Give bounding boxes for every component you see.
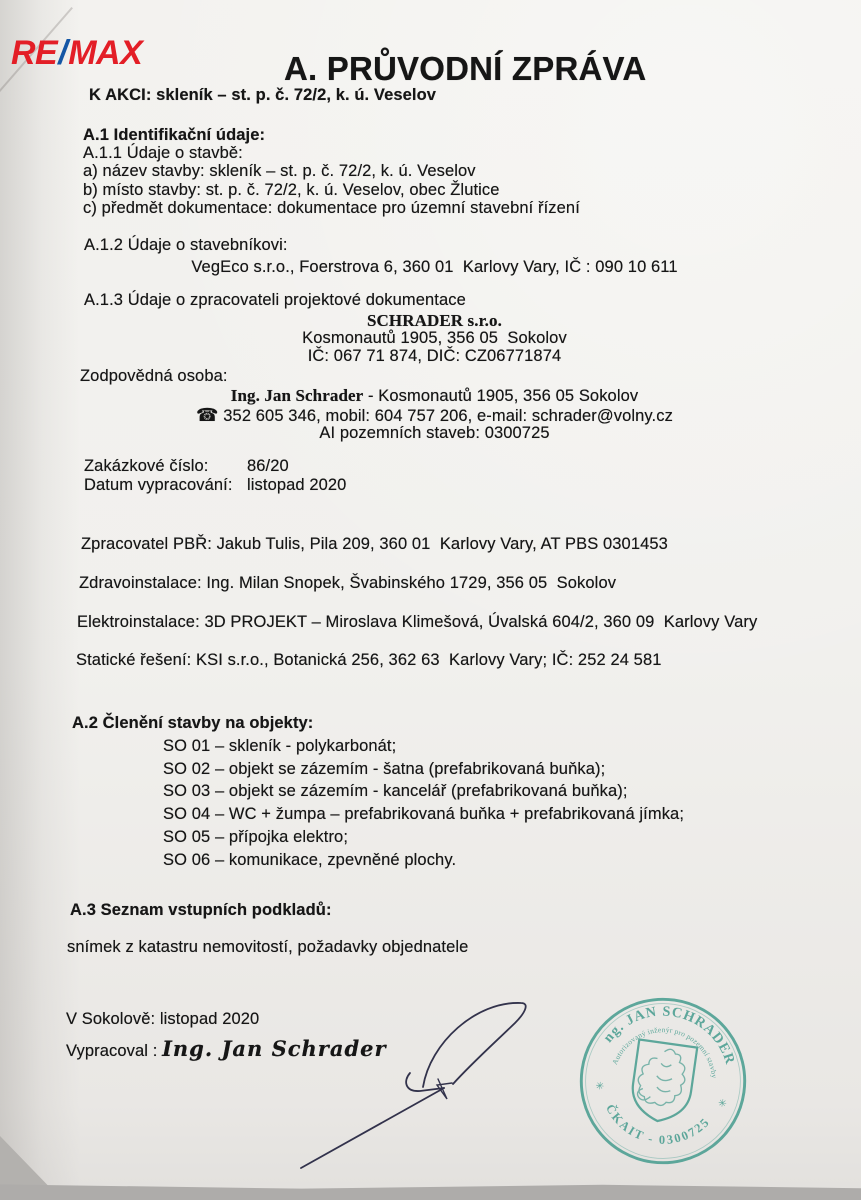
stamp-asterisk-left: ✳ [595, 1081, 605, 1093]
a1-sub-designer: A.1.3 Údaje o zpracovateli projektové do… [84, 291, 466, 310]
a2-object-so04: SO 04 – WC + žumpa – prefabrikovaná buňk… [163, 803, 684, 826]
signature [278, 985, 548, 1185]
company-address: Kosmonautů 1905, 356 05 Sokolov [0, 329, 861, 348]
remax-logo: RE/MAX [11, 36, 142, 70]
responsible-label: Zodpovědná osoba: [80, 367, 228, 386]
a1-item-subject: c) předmět dokumentace: dokumentace pro … [83, 199, 580, 217]
developer-line: VegEco s.r.o., Foerstrova 6, 360 01 Karl… [0, 258, 861, 277]
a1-item-name: a) název stavby: skleník – st. p. č. 72/… [83, 162, 580, 180]
a2-object-so06: SO 06 – komunikace, zpevněné plochy. [163, 849, 684, 872]
logo-slash: / [57, 34, 68, 72]
contributor-structural: Statické řešení: KSI s.r.o., Botanická 2… [76, 651, 662, 670]
a1-sub-developer: A.1.2 Údaje o stavebníkovi: [84, 236, 288, 255]
a2-heading: A.2 Členění stavby na objekty: [72, 714, 313, 733]
svg-text:ČKAIT - 0300725: ČKAIT - 0300725 [599, 1100, 714, 1154]
scanned-document-page: RE/MAX A. PRŮVODNÍ ZPRÁVA K AKCI: sklení… [0, 0, 861, 1200]
stamp-ckait-arc: ČKAIT - 0300725 [599, 1100, 714, 1154]
company-name: SCHRADER s.r.o. [0, 311, 861, 331]
contributor-electrical: Elektroinstalace: 3D PROJEKT – Miroslava… [77, 613, 757, 632]
order-date-row: Datum vypracování:listopad 2020 [84, 476, 346, 495]
stamp-asterisk-right: ✳ [717, 1098, 727, 1110]
phone-text: 352 605 346, mobil: 604 757 206, e-mail:… [219, 407, 673, 425]
a3-content: snímek z katastru nemovitostí, požadavky… [67, 938, 468, 957]
document-subtitle: K AKCI: skleník – st. p. č. 72/2, k. ú. … [89, 86, 436, 105]
a1-heading: A.1 Identifikační údaje: [83, 126, 580, 144]
signature-scribble [437, 1079, 452, 1099]
signature-loop [423, 1003, 526, 1087]
signature-tail [301, 1088, 444, 1168]
a2-object-so03: SO 03 – objekt se zázemím - kancelář (pr… [163, 780, 684, 803]
logo-max: MAX [68, 34, 142, 72]
document-title: A. PRŮVODNÍ ZPRÁVA [284, 50, 646, 88]
a2-object-so02: SO 02 – objekt se zázemím - šatna (prefa… [163, 758, 684, 781]
phone-line: ☎ 352 605 346, mobil: 604 757 206, e-mai… [0, 405, 861, 426]
responsible-name: Ing. Jan Schrader [231, 386, 364, 405]
footer-place-date: V Sokolově: listopad 2020 [66, 1010, 259, 1029]
a2-object-so05: SO 05 – přípojka elektro; [163, 826, 684, 849]
authorization-line: AI pozemních staveb: 0300725 [0, 424, 861, 443]
responsible-address: - Kosmonautů 1905, 356 05 Sokolov [363, 387, 638, 405]
order-date-label: Datum vypracování: [84, 476, 247, 495]
phone-icon: ☎ [196, 405, 219, 425]
a3-heading: A.3 Seznam vstupních podkladů: [70, 901, 332, 920]
a1-item-place: b) místo stavby: st. p. č. 72/2, k. ú. V… [83, 181, 580, 199]
order-number-row: Zakázkové číslo:86/20 [84, 457, 289, 476]
contributor-fire: Zpracovatel PBŘ: Jakub Tulis, Pila 209, … [81, 535, 668, 554]
section-a1: A.1 Identifikační údaje: A.1.1 Údaje o s… [83, 126, 580, 217]
contributor-plumbing: Zdravoinstalace: Ing. Milan Snopek, Švab… [79, 574, 616, 593]
company-ids: IČ: 067 71 874, DIČ: CZ06771874 [0, 347, 861, 366]
authorization-stamp: Ing. JAN SCHRADER Autorizovaný inženýr p… [566, 984, 760, 1178]
order-number-value: 86/20 [247, 457, 289, 475]
a1-sub-building: A.1.1 Údaje o stavbě: [83, 144, 580, 162]
logo-re: RE [11, 34, 57, 72]
a2-object-so01: SO 01 – skleník - polykarbonát; [163, 735, 684, 758]
responsible-line: Ing. Jan Schrader - Kosmonautů 1905, 356… [0, 386, 861, 406]
order-date-value: listopad 2020 [247, 476, 346, 494]
prepared-label: Vypracoval : [66, 1042, 162, 1060]
a2-object-list: SO 01 – skleník - polykarbonát; SO 02 – … [163, 735, 684, 871]
lion-emblem [635, 1045, 689, 1108]
order-number-label: Zakázkové číslo: [84, 457, 247, 476]
